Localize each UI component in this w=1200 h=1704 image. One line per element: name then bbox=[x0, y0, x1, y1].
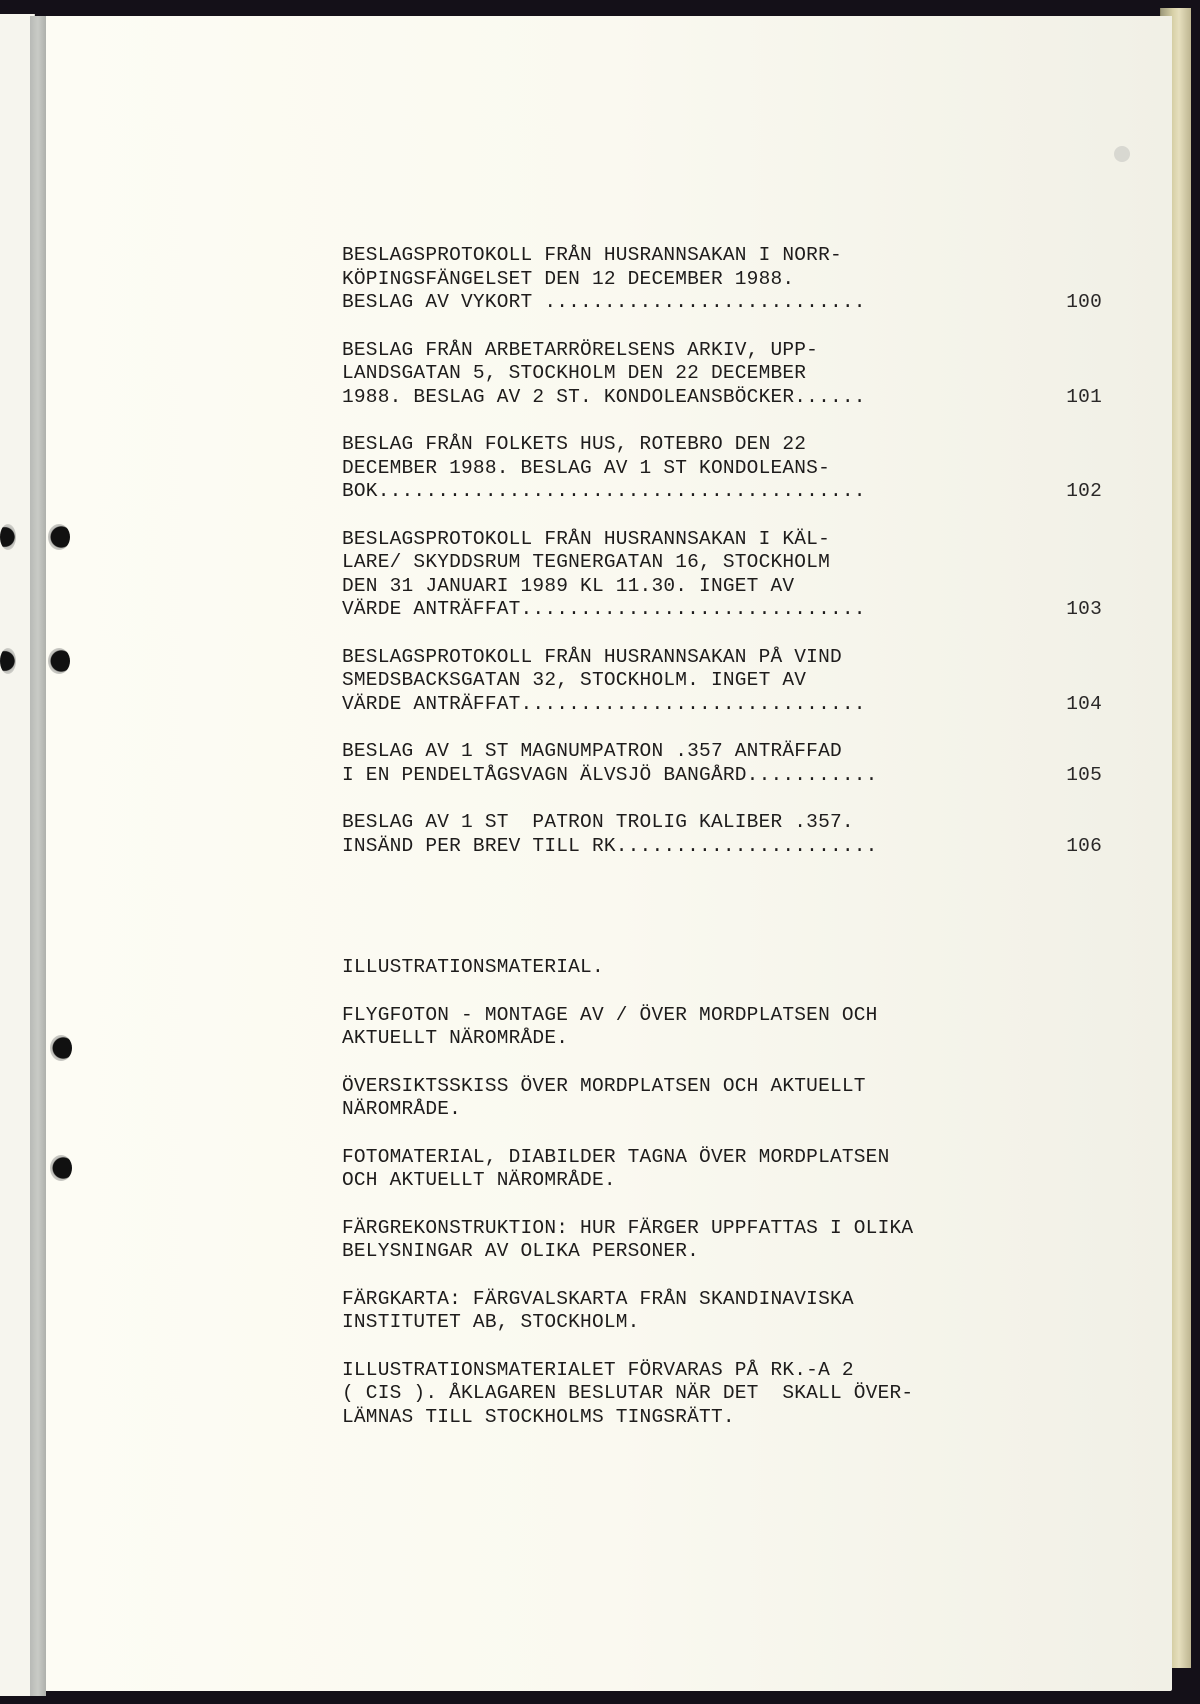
entry-description: BESLAGSPROTOKOLL FRÅN HUSRANNSAKAN I NOR… bbox=[342, 244, 982, 315]
illustration-item: ÖVERSIKTSSKISS ÖVER MORDPLATSEN OCH AKTU… bbox=[342, 1075, 1102, 1122]
contents-entry: BESLAGSPROTOKOLL FRÅN HUSRANNSAKAN I KÄL… bbox=[342, 528, 1102, 622]
entry-page-number: 105 bbox=[1066, 764, 1102, 788]
entry-page-number: 101 bbox=[1066, 386, 1102, 410]
illustration-item: FÄRGKARTA: FÄRGVALSKARTA FRÅN SKANDINAVI… bbox=[342, 1288, 1102, 1335]
contents-entry: BESLAG AV 1 ST PATRON TROLIG KALIBER .35… bbox=[342, 811, 1102, 858]
contents-entry: BESLAGSPROTOKOLL FRÅN HUSRANNSAKAN PÅ VI… bbox=[342, 646, 1102, 717]
illustration-item: ILLUSTRATIONSMATERIALET FÖRVARAS PÅ RK.-… bbox=[342, 1359, 1102, 1430]
illustration-item: FLYGFOTON - MONTAGE AV / ÖVER MORDPLATSE… bbox=[342, 1004, 1102, 1051]
entry-page-number: 103 bbox=[1066, 598, 1102, 622]
punch-hole-icon bbox=[0, 524, 16, 550]
ink-smudge bbox=[1114, 146, 1130, 162]
punch-hole-icon bbox=[50, 1035, 72, 1061]
contents-entry: BESLAG FRÅN ARBETARRÖRELSENS ARKIV, UPP-… bbox=[342, 339, 1102, 410]
entry-page-number: 102 bbox=[1066, 480, 1102, 504]
punch-hole-icon bbox=[48, 524, 70, 550]
punch-hole-icon bbox=[0, 648, 16, 674]
entry-description: BESLAG FRÅN FOLKETS HUS, ROTEBRO DEN 22 … bbox=[342, 433, 982, 504]
section-title: ILLUSTRATIONSMATERIAL. bbox=[342, 956, 1102, 980]
entry-page-number: 104 bbox=[1066, 693, 1102, 717]
contents-entry: BESLAG AV 1 ST MAGNUMPATRON .357 ANTRÄFF… bbox=[342, 740, 1102, 787]
contents-list: BESLAGSPROTOKOLL FRÅN HUSRANNSAKAN I NOR… bbox=[342, 244, 1102, 858]
punch-hole-icon bbox=[48, 648, 70, 674]
entry-description: BESLAG AV 1 ST MAGNUMPATRON .357 ANTRÄFF… bbox=[342, 740, 982, 787]
entry-page-number: 100 bbox=[1066, 291, 1102, 315]
entry-description: BESLAGSPROTOKOLL FRÅN HUSRANNSAKAN I KÄL… bbox=[342, 528, 982, 622]
entry-description: BESLAG AV 1 ST PATRON TROLIG KALIBER .35… bbox=[342, 811, 982, 858]
contents-entry: BESLAG FRÅN FOLKETS HUS, ROTEBRO DEN 22 … bbox=[342, 433, 1102, 504]
illustration-item: FOTOMATERIAL, DIABILDER TAGNA ÖVER MORDP… bbox=[342, 1146, 1102, 1193]
entry-page-number: 106 bbox=[1066, 835, 1102, 859]
contents-entry: BESLAGSPROTOKOLL FRÅN HUSRANNSAKAN I NOR… bbox=[342, 244, 1102, 315]
document-content: BESLAGSPROTOKOLL FRÅN HUSRANNSAKAN I NOR… bbox=[342, 244, 1102, 1453]
punch-hole-icon bbox=[50, 1155, 72, 1181]
entry-description: BESLAG FRÅN ARBETARRÖRELSENS ARKIV, UPP-… bbox=[342, 339, 982, 410]
entry-description: BESLAGSPROTOKOLL FRÅN HUSRANNSAKAN PÅ VI… bbox=[342, 646, 982, 717]
illustration-list: FLYGFOTON - MONTAGE AV / ÖVER MORDPLATSE… bbox=[342, 1004, 1102, 1430]
illustration-item: FÄRGREKONSTRUKTION: HUR FÄRGER UPPFATTAS… bbox=[342, 1217, 1102, 1264]
binding-strip bbox=[30, 16, 46, 1696]
